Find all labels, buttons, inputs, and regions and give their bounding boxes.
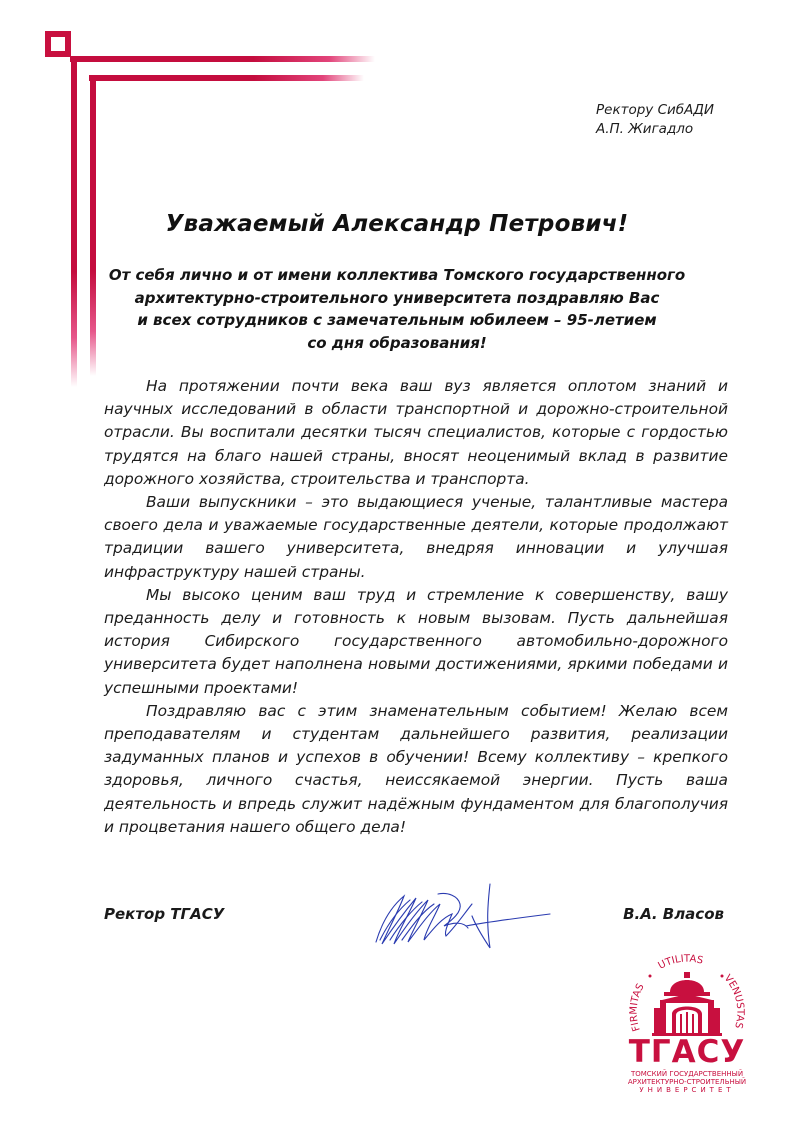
frame-top-line-inner [89,75,364,81]
paragraph: Поздравляю вас с этим знаменательным соб… [104,700,728,839]
frame-corner-square [45,31,71,57]
frame-top-line-outer [70,56,375,62]
intro-line: со дня образования! [100,332,694,355]
handwritten-signature [368,882,558,952]
salutation-heading: Уважаемый Александр Петрович! [0,211,794,237]
paragraph: Мы высоко ценим ваш труд и стремление к … [104,584,728,700]
addressee-title: Ректору СибАДИ [596,101,714,120]
intro-line: От себя лично и от имени коллектива Томс… [100,264,694,287]
svg-text:FIRMITAS: FIRMITAS [629,982,647,1032]
svg-text:UTILITAS: UTILITAS [657,954,705,972]
logo-subtitle-line: АРХИТЕКТУРНО-СТРОИТЕЛЬНЫЙ [612,1078,762,1086]
paragraph: На протяжении почти века ваш вуз являетс… [104,375,728,491]
logo-abbreviation: ТГАСУ [612,1036,762,1068]
intro-line: архитектурно-строительного университета … [100,287,694,310]
svg-text:VENUSTAS: VENUSTAS [722,973,746,1030]
addressee-block: Ректору СибАДИ А.П. Жигадло [596,101,714,139]
logo-subtitle-line: ТОМСКИЙ ГОСУДАРСТВЕННЫЙ [612,1070,762,1078]
paragraph: Ваши выпускники – это выдающиеся ученые,… [104,491,728,584]
signer-position: Ректор ТГАСУ [104,905,224,923]
logo-subtitle-line: УНИВЕРСИТЕТ [612,1086,762,1094]
intro-block: От себя лично и от имени коллектива Томс… [100,264,694,354]
addressee-name: А.П. Жигадло [596,120,714,139]
intro-line: и всех сотрудников с замечательным юбиле… [100,309,694,332]
signer-name: В.А. Власов [623,905,724,923]
letter-body: На протяжении почти века ваш вуз являетс… [104,375,728,839]
university-logo: FIRMITAS UTILITAS VENUSTAS ТГАСУ ТОМСКИЙ… [612,950,762,1105]
